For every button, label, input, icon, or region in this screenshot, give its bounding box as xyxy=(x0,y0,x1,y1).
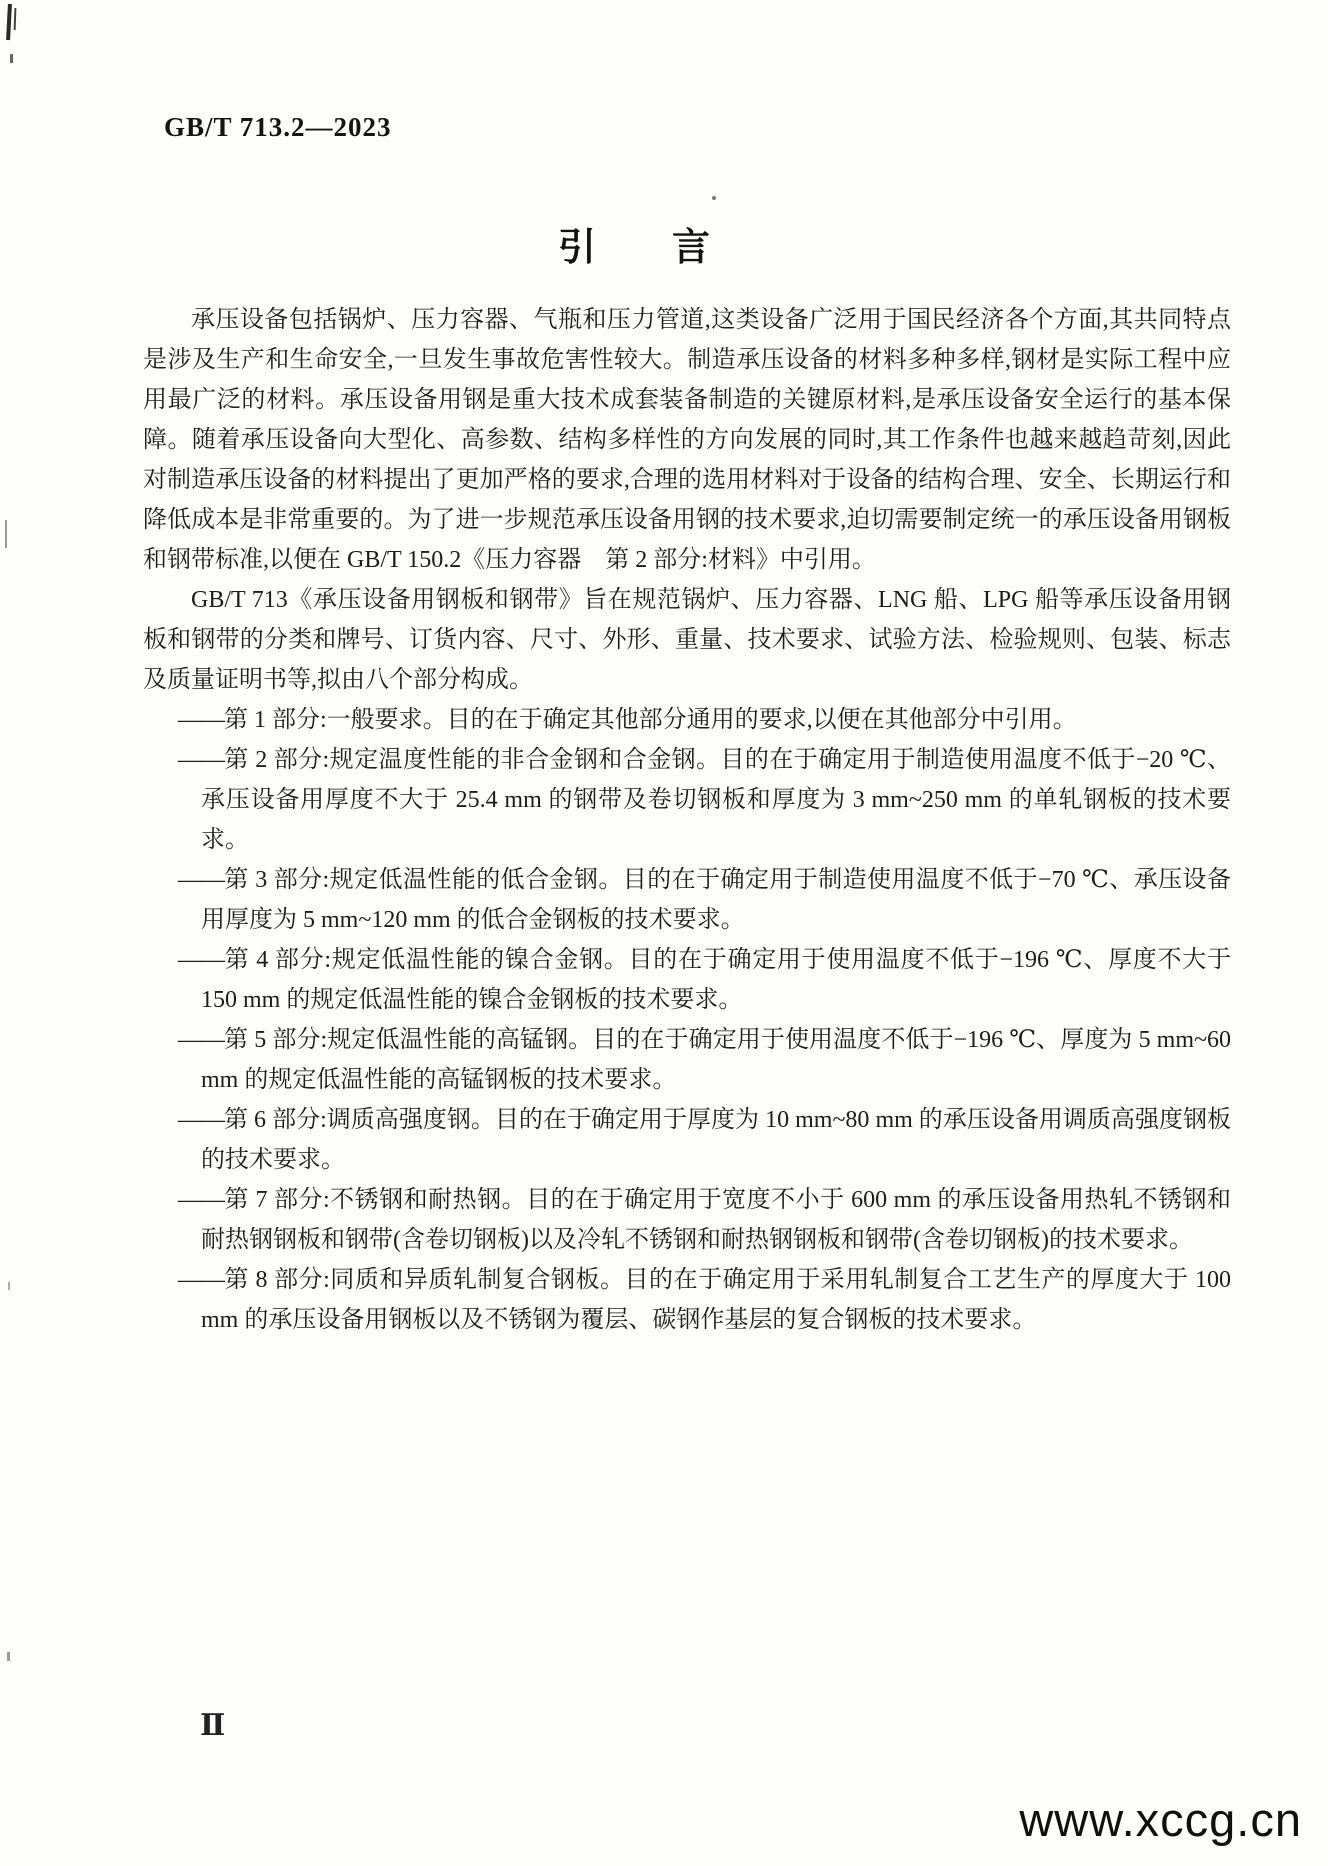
part-list-item-1: ——第 1 部分:一般要求。目的在于确定其他部分通用的要求,以便在其他部分中引用… xyxy=(143,700,1231,740)
intro-paragraph-2: GB/T 713《承压设备用钢板和钢带》旨在规范锅炉、压力容器、LNG 船、LP… xyxy=(143,580,1231,700)
part-item-text: 第 1 部分:一般要求。目的在于确定其他部分通用的要求,以便在其他部分中引用。 xyxy=(224,707,1077,733)
scan-artifact xyxy=(6,4,12,40)
page-title: 引 言 xyxy=(0,216,1268,271)
part-item-text: 第 8 部分:同质和异质轧制复合钢板。目的在于确定用于采用轧制复合工艺生产的厚度… xyxy=(201,1267,1231,1333)
list-dash: —— xyxy=(178,947,224,973)
part-list-item-7: ——第 7 部分:不锈钢和耐热钢。目的在于确定用于宽度不小于 600 mm 的承… xyxy=(143,1180,1231,1260)
intro-paragraph-1: 承压设备包括锅炉、压力容器、气瓶和压力管道,这类设备广泛用于国民经济各个方面,其… xyxy=(143,300,1231,580)
scan-artifact xyxy=(5,520,7,548)
list-dash: —— xyxy=(178,1107,224,1133)
document-page: GB/T 713.2—2023 引 言 承压设备包括锅炉、压力容器、气瓶和压力管… xyxy=(0,0,1328,1866)
standard-number: GB/T 713.2—2023 xyxy=(164,112,392,143)
part-item-text: 第 5 部分:规定低温性能的高锰钢。目的在于确定用于使用温度不低于−196 ℃、… xyxy=(201,1027,1231,1093)
list-dash: —— xyxy=(178,707,224,733)
part-list-item-5: ——第 5 部分:规定低温性能的高锰钢。目的在于确定用于使用温度不低于−196 … xyxy=(143,1020,1231,1100)
part-list-item-2: ——第 2 部分:规定温度性能的非合金钢和合金钢。目的在于确定用于制造使用温度不… xyxy=(143,740,1231,860)
part-item-text: 第 7 部分:不锈钢和耐热钢。目的在于确定用于宽度不小于 600 mm 的承压设… xyxy=(201,1187,1231,1253)
watermark-url: www.xccg.cn xyxy=(1019,1792,1302,1847)
scan-artifact xyxy=(14,8,17,30)
list-dash: —— xyxy=(178,1267,224,1293)
scan-artifact xyxy=(10,54,13,63)
scan-speck xyxy=(712,196,716,200)
part-item-text: 第 6 部分:调质高强度钢。目的在于确定用于厚度为 10 mm~80 mm 的承… xyxy=(201,1107,1231,1173)
part-list-item-4: ——第 4 部分:规定低温性能的镍合金钢。目的在于确定用于使用温度不低于−196… xyxy=(143,940,1231,1020)
scan-artifact xyxy=(8,1282,10,1290)
scan-artifact xyxy=(7,1652,10,1661)
page-number: Ⅱ xyxy=(200,1708,225,1743)
document-body: 承压设备包括锅炉、压力容器、气瓶和压力管道,这类设备广泛用于国民经济各个方面,其… xyxy=(143,300,1231,1340)
list-dash: —— xyxy=(178,1027,224,1053)
list-dash: —— xyxy=(178,1187,224,1213)
part-list-item-8: ——第 8 部分:同质和异质轧制复合钢板。目的在于确定用于采用轧制复合工艺生产的… xyxy=(143,1260,1231,1340)
part-list-item-3: ——第 3 部分:规定低温性能的低合金钢。目的在于确定用于制造使用温度不低于−7… xyxy=(143,860,1231,940)
list-dash: —— xyxy=(178,747,224,773)
part-item-text: 第 3 部分:规定低温性能的低合金钢。目的在于确定用于制造使用温度不低于−70 … xyxy=(201,867,1231,933)
part-list-item-6: ——第 6 部分:调质高强度钢。目的在于确定用于厚度为 10 mm~80 mm … xyxy=(143,1100,1231,1180)
part-item-text: 第 4 部分:规定低温性能的镍合金钢。目的在于确定用于使用温度不低于−196 ℃… xyxy=(201,947,1231,1013)
parts-list: ——第 1 部分:一般要求。目的在于确定其他部分通用的要求,以便在其他部分中引用… xyxy=(143,700,1231,1340)
list-dash: —— xyxy=(178,867,224,893)
part-item-text: 第 2 部分:规定温度性能的非合金钢和合金钢。目的在于确定用于制造使用温度不低于… xyxy=(201,747,1231,853)
